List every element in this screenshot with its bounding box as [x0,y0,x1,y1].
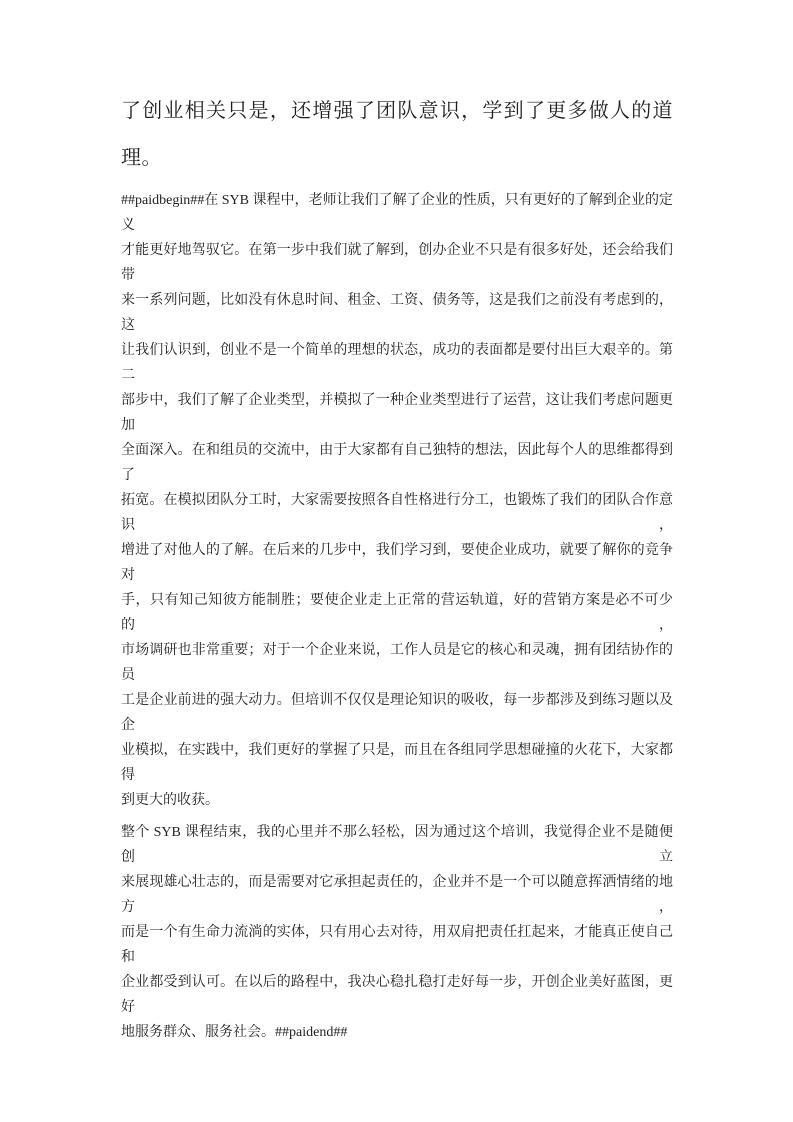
text-line: 来一系列问题，比如没有休息时间、租金、工资、债务等，这是我们之前没有考虑到的，这 [121,288,673,338]
text-line: 理。 [121,135,673,182]
text-line: 工是企业前进的强大动力。但培训不仅仅是理论知识的吸收，每一步都涉及到练习题以及企 [121,688,673,738]
document-page: 了创业相关只是，还增强了团队意识，学到了更多做人的道理。 ##paidbegin… [0,0,793,1122]
paragraph-2: 整个 SYB 课程结束，我的心里并不那么轻松，因为通过这个培训，我觉得企业不是随… [121,820,673,1045]
text-line: 增进了对他人的了解。在后来的几步中，我们学习到，要使企业成功，就要了解你的竞争对 [121,538,673,588]
text-line: 让我们认识到，创业不是一个简单的理想的状态，成功的表面都是要付出巨大艰辛的。第二 [121,338,673,388]
text-line: 整个 SYB 课程结束，我的心里并不那么轻松，因为通过这个培训，我觉得企业不是随… [121,820,673,870]
text-line: 了创业相关只是，还增强了团队意识，学到了更多做人的道 [121,88,673,135]
text-line: 手，只有知己知彼方能制胜；要使企业走上正常的营运轨道，好的营销方案是必不可少的， [121,588,673,638]
text-line: 企业都受到认可。在以后的路程中，我决心稳扎稳打走好每一步，开创企业美好蓝图，更好 [121,970,673,1020]
text-line: ##paidbegin##在 SYB 课程中，老师让我们了解了企业的性质，只有更… [121,188,673,238]
text-line: 拓宽。在模拟团队分工时，大家需要按照各自性格进行分工，也锻炼了我们的团队合作意识… [121,488,673,538]
text-line: 全面深入。在和组员的交流中，由于大家都有自己独特的想法，因此每个人的思维都得到了 [121,438,673,488]
document-heading: 了创业相关只是，还增强了团队意识，学到了更多做人的道理。 [121,88,673,182]
text-line: 地服务群众、服务社会。##paidend## [121,1020,673,1045]
text-line: 而是一个有生命力流淌的实体，只有用心去对待，用双肩把责任扛起来，才能真正使自己和 [121,920,673,970]
text-line: 才能更好地驾驭它。在第一步中我们就了解到，创办企业不只是有很多好处，还会给我们带 [121,238,673,288]
text-line: 到更大的收获。 [121,788,673,813]
text-line: 部步中，我们了解了企业类型，并模拟了一种企业类型进行了运营，这让我们考虑问题更加 [121,388,673,438]
text-line: 来展现雄心壮志的，而是需要对它承担起责任的，企业并不是一个可以随意挥洒情绪的地方… [121,870,673,920]
paragraph-1: ##paidbegin##在 SYB 课程中，老师让我们了解了企业的性质，只有更… [121,188,673,813]
text-line: 业模拟，在实践中，我们更好的掌握了只是，而且在各组同学思想碰撞的火花下，大家都得 [121,738,673,788]
text-line: 市场调研也非常重要；对于一个企业来说，工作人员是它的核心和灵魂，拥有团结协作的员 [121,638,673,688]
